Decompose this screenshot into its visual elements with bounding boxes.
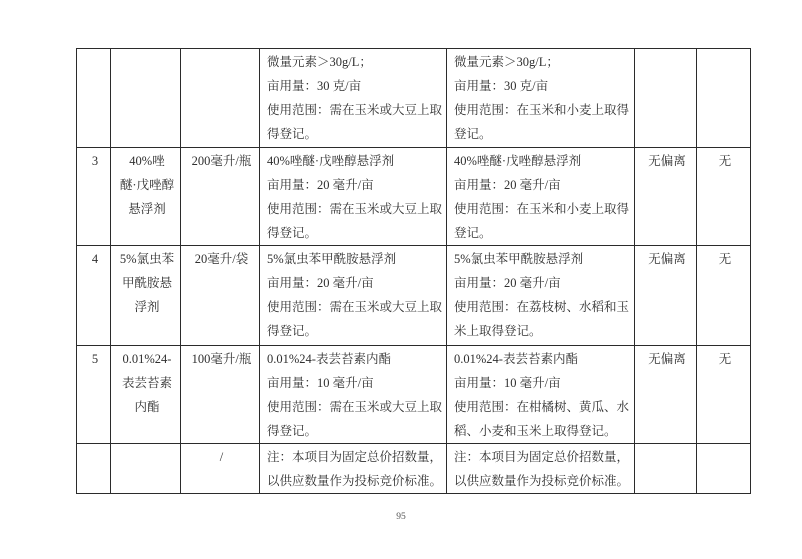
deviation-cell [635, 49, 697, 148]
row-number-cell: 5 [77, 346, 111, 444]
row-number-cell: 3 [77, 148, 111, 246]
product-name-cell: 40%唑 醚·戊唑醇 悬浮剂 [111, 148, 181, 246]
note-cell: 注：本项目为固定总价招数量， 以供应数量作为投标竞价标准。 [447, 444, 635, 494]
bid-response-cell: 0.01%24-表芸苔素内酯 亩用量：10 毫升/亩 使用范围：在柑橘树、黄瓜、… [447, 346, 635, 444]
table-row: 5 0.01%24- 表芸苔素 内酯 100毫升/瓶 0.01%24-表芸苔素内… [77, 346, 751, 444]
packaging-cell: 200毫升/瓶 [181, 148, 260, 246]
spec-requirement-cell: 5%氯虫苯甲酰胺悬浮剂 亩用量：20 毫升/亩 使用范围：需在玉米或大豆上取 得… [260, 246, 447, 346]
product-name-cell [111, 49, 181, 148]
product-name-cell: 0.01%24- 表芸苔素 内酯 [111, 346, 181, 444]
packaging-cell: 100毫升/瓶 [181, 346, 260, 444]
remark-cell: 无 [697, 346, 751, 444]
table-row: 4 5%氯虫苯 甲酰胺悬 浮剂 20毫升/袋 5%氯虫苯甲酰胺悬浮剂 亩用量：2… [77, 246, 751, 346]
spec-requirement-cell: 0.01%24-表芸苔素内酯 亩用量：10 毫升/亩 使用范围：需在玉米或大豆上… [260, 346, 447, 444]
document-page: 微量元素＞30g/L； 亩用量：30 克/亩 使用范围：需在玉米或大豆上取 得登… [0, 0, 802, 559]
deviation-cell: 无偏离 [635, 148, 697, 246]
product-name-cell [111, 444, 181, 494]
packaging-cell [181, 49, 260, 148]
bid-response-cell: 5%氯虫苯甲酰胺悬浮剂 亩用量：20 毫升/亩 使用范围：在荔枝树、水稻和玉 米… [447, 246, 635, 346]
row-number-cell: 4 [77, 246, 111, 346]
table-row: 3 40%唑 醚·戊唑醇 悬浮剂 200毫升/瓶 40%唑醚·戊唑醇悬浮剂 亩用… [77, 148, 751, 246]
remark-cell [697, 49, 751, 148]
spec-requirement-cell: 微量元素＞30g/L； 亩用量：30 克/亩 使用范围：需在玉米或大豆上取 得登… [260, 49, 447, 148]
deviation-cell: 无偏离 [635, 346, 697, 444]
spec-requirement-cell: 40%唑醚·戊唑醇悬浮剂 亩用量：20 毫升/亩 使用范围：需在玉米或大豆上取 … [260, 148, 447, 246]
remark-cell: 无 [697, 246, 751, 346]
remark-cell: 无 [697, 148, 751, 246]
product-name-cell: 5%氯虫苯 甲酰胺悬 浮剂 [111, 246, 181, 346]
packaging-cell: / [181, 444, 260, 494]
table-row: / 注：本项目为固定总价招数量， 以供应数量作为投标竞价标准。 注：本项目为固定… [77, 444, 751, 494]
bid-response-cell: 微量元素＞30g/L； 亩用量：30 克/亩 使用范围：在玉米和小麦上取得 登记… [447, 49, 635, 148]
note-cell: 注：本项目为固定总价招数量， 以供应数量作为投标竞价标准。 [260, 444, 447, 494]
product-spec-table: 微量元素＞30g/L； 亩用量：30 克/亩 使用范围：需在玉米或大豆上取 得登… [76, 48, 751, 494]
packaging-cell: 20毫升/袋 [181, 246, 260, 346]
table-row: 微量元素＞30g/L； 亩用量：30 克/亩 使用范围：需在玉米或大豆上取 得登… [77, 49, 751, 148]
row-number-cell [77, 49, 111, 148]
row-number-cell [77, 444, 111, 494]
deviation-cell [635, 444, 697, 494]
remark-cell [697, 444, 751, 494]
deviation-cell: 无偏离 [635, 246, 697, 346]
page-number: 95 [0, 512, 802, 522]
bid-response-cell: 40%唑醚·戊唑醇悬浮剂 亩用量：20 毫升/亩 使用范围：在玉米和小麦上取得 … [447, 148, 635, 246]
